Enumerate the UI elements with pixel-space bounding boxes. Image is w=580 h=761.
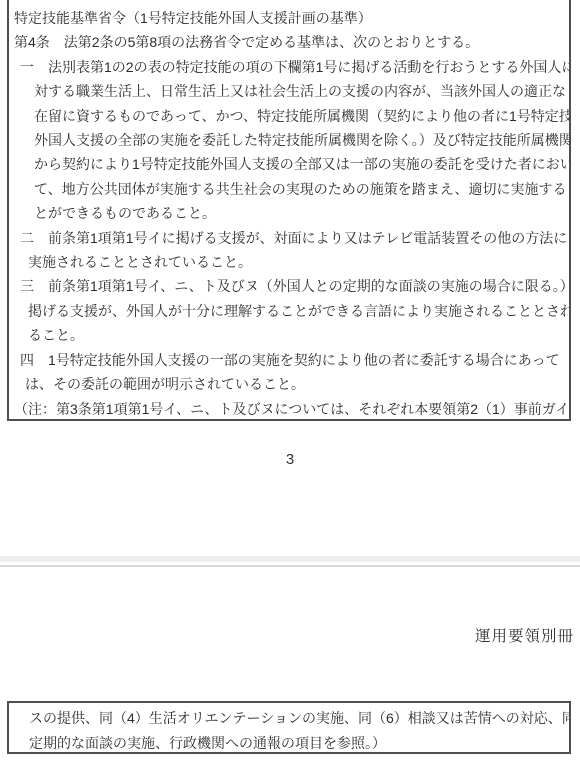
law-line-item3-cont: 掲げる支援が、外国人が十分に理解することができる言語により実施されることとされて… bbox=[9, 299, 569, 323]
law-line-item1-cont: 対する職業生活上、日常生活上又は社会生活上の支援の内容が、当該外国人の適正な bbox=[9, 79, 569, 103]
law-line-item4: 四 1号特定技能外国人支援の一部の実施を契約により他の者に委託する場合にあって bbox=[9, 348, 569, 372]
law-line-title: 特定技能基準省令（1号特定技能外国人支援計画の基準） bbox=[9, 6, 569, 30]
page-separator-line bbox=[0, 565, 580, 567]
law-line-item1-cont: 在留に資するものであって、かつ、特定技能所属機関（契約により他の者に1号特定技能 bbox=[9, 104, 569, 128]
law-line-item1-cont: とができるものであること。 bbox=[9, 201, 569, 225]
law-line-item3-cont: ること。 bbox=[9, 323, 569, 347]
law-line-note-start: （注：第3条第1項第1号イ、ニ、ト及びヌについては、それぞれ本要領第2（1）事前… bbox=[9, 397, 569, 421]
law-line-item2-cont: 実施されることとされていること。 bbox=[9, 250, 569, 274]
law-line-article4: 第4条 法第2条の5第8項の法務省令で定める基準は、次のとおりとする。 bbox=[9, 30, 569, 54]
booklet-title-label: 運用要領別冊 bbox=[475, 624, 574, 646]
law-line-item3: 三 前条第1項第1号イ、ニ、ト及びヌ（外国人との定期的な面談の実施の場合に限る。… bbox=[9, 274, 569, 298]
law-line-item4-cont: は、その委託の範囲が明示されていること。 bbox=[9, 372, 569, 396]
law-line-item1-cont: て、地方公共団体が実施する共生社会の実現のための施策を踏まえ、適切に実施するこ bbox=[9, 177, 569, 201]
note-line: 定期的な面談の実施、行政機関への通報の項目を参照。） bbox=[9, 731, 569, 755]
law-text-box: 特定技能基準省令（1号特定技能外国人支援計画の基準） 第4条 法第2条の5第8項… bbox=[7, 0, 571, 421]
law-line-item2: 二 前条第1項第1号イに掲げる支援が、対面により又はテレビ電話装置その他の方法に… bbox=[9, 226, 569, 250]
page-separator-band bbox=[0, 556, 580, 562]
law-line-item1: 一 法別表第1の2の表の特定技能の項の下欄第1号に掲げる活動を行おうとする外国人… bbox=[9, 55, 569, 79]
law-line-item1-cont: 外国人支援の全部の実施を委託した特定技能所属機関を除く。）及び特定技能所属機関 bbox=[9, 128, 569, 152]
law-line-item1-cont: から契約により1号特定技能外国人支援の全部又は一部の実施の委託を受けた者におい bbox=[9, 152, 569, 176]
note-continuation-box: スの提供、同（4）生活オリエンテーションの実施、同（6）相談又は苦情への対応、同… bbox=[7, 701, 571, 754]
note-line: スの提供、同（4）生活オリエンテーションの実施、同（6）相談又は苦情への対応、同… bbox=[9, 706, 569, 731]
page-number: 3 bbox=[0, 451, 580, 468]
